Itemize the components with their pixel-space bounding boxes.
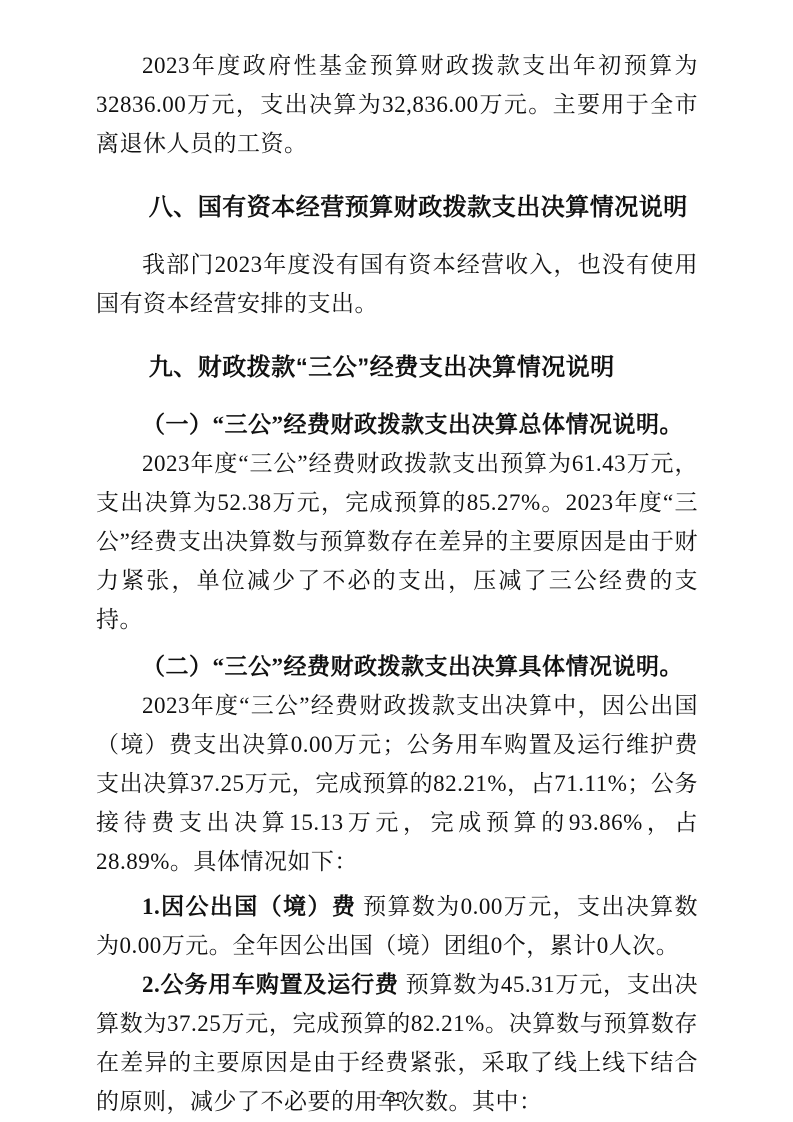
heading-section-8: 八、国有资本经营预算财政拨款支出决算情况说明 (96, 188, 698, 227)
document-page: 2023年度政府性基金预算财政拨款支出年初预算为32836.00万元，支出决算为… (0, 0, 793, 1122)
page-number: - 30 - (0, 1089, 793, 1106)
subheading-9-2: （二）“三公”经费财政拨款支出决算具体情况说明。 (96, 647, 698, 686)
page-content: 2023年度政府性基金预算财政拨款支出年初预算为32836.00万元，支出决算为… (0, 0, 793, 1121)
paragraph-9-2: 2023年度“三公”经费财政拨款支出决算中，因公出国（境）费支出决算0.00万元… (96, 686, 698, 881)
subheading-9-1: （一）“三公”经费财政拨款支出决算总体情况说明。 (96, 405, 698, 444)
item-1-paragraph: 1.因公出国（境）费预算数为0.00万元，支出决算数为0.00万元。全年因公出国… (96, 887, 698, 965)
item-2-label: 2.公务用车购置及运行费 (142, 972, 399, 997)
paragraph-section-8: 我部门2023年度没有国有资本经营收入，也没有使用国有资本经营安排的支出。 (96, 245, 698, 323)
heading-section-9: 九、财政拨款“三公”经费支出决算情况说明 (96, 348, 698, 387)
paragraph-9-1: 2023年度“三公”经费财政拨款支出预算为61.43万元，支出决算为52.38万… (96, 444, 698, 639)
item-1-label: 1.因公出国（境）费 (142, 894, 356, 919)
paragraph-gov-fund-expenditure: 2023年度政府性基金预算财政拨款支出年初预算为32836.00万元，支出决算为… (96, 46, 698, 163)
